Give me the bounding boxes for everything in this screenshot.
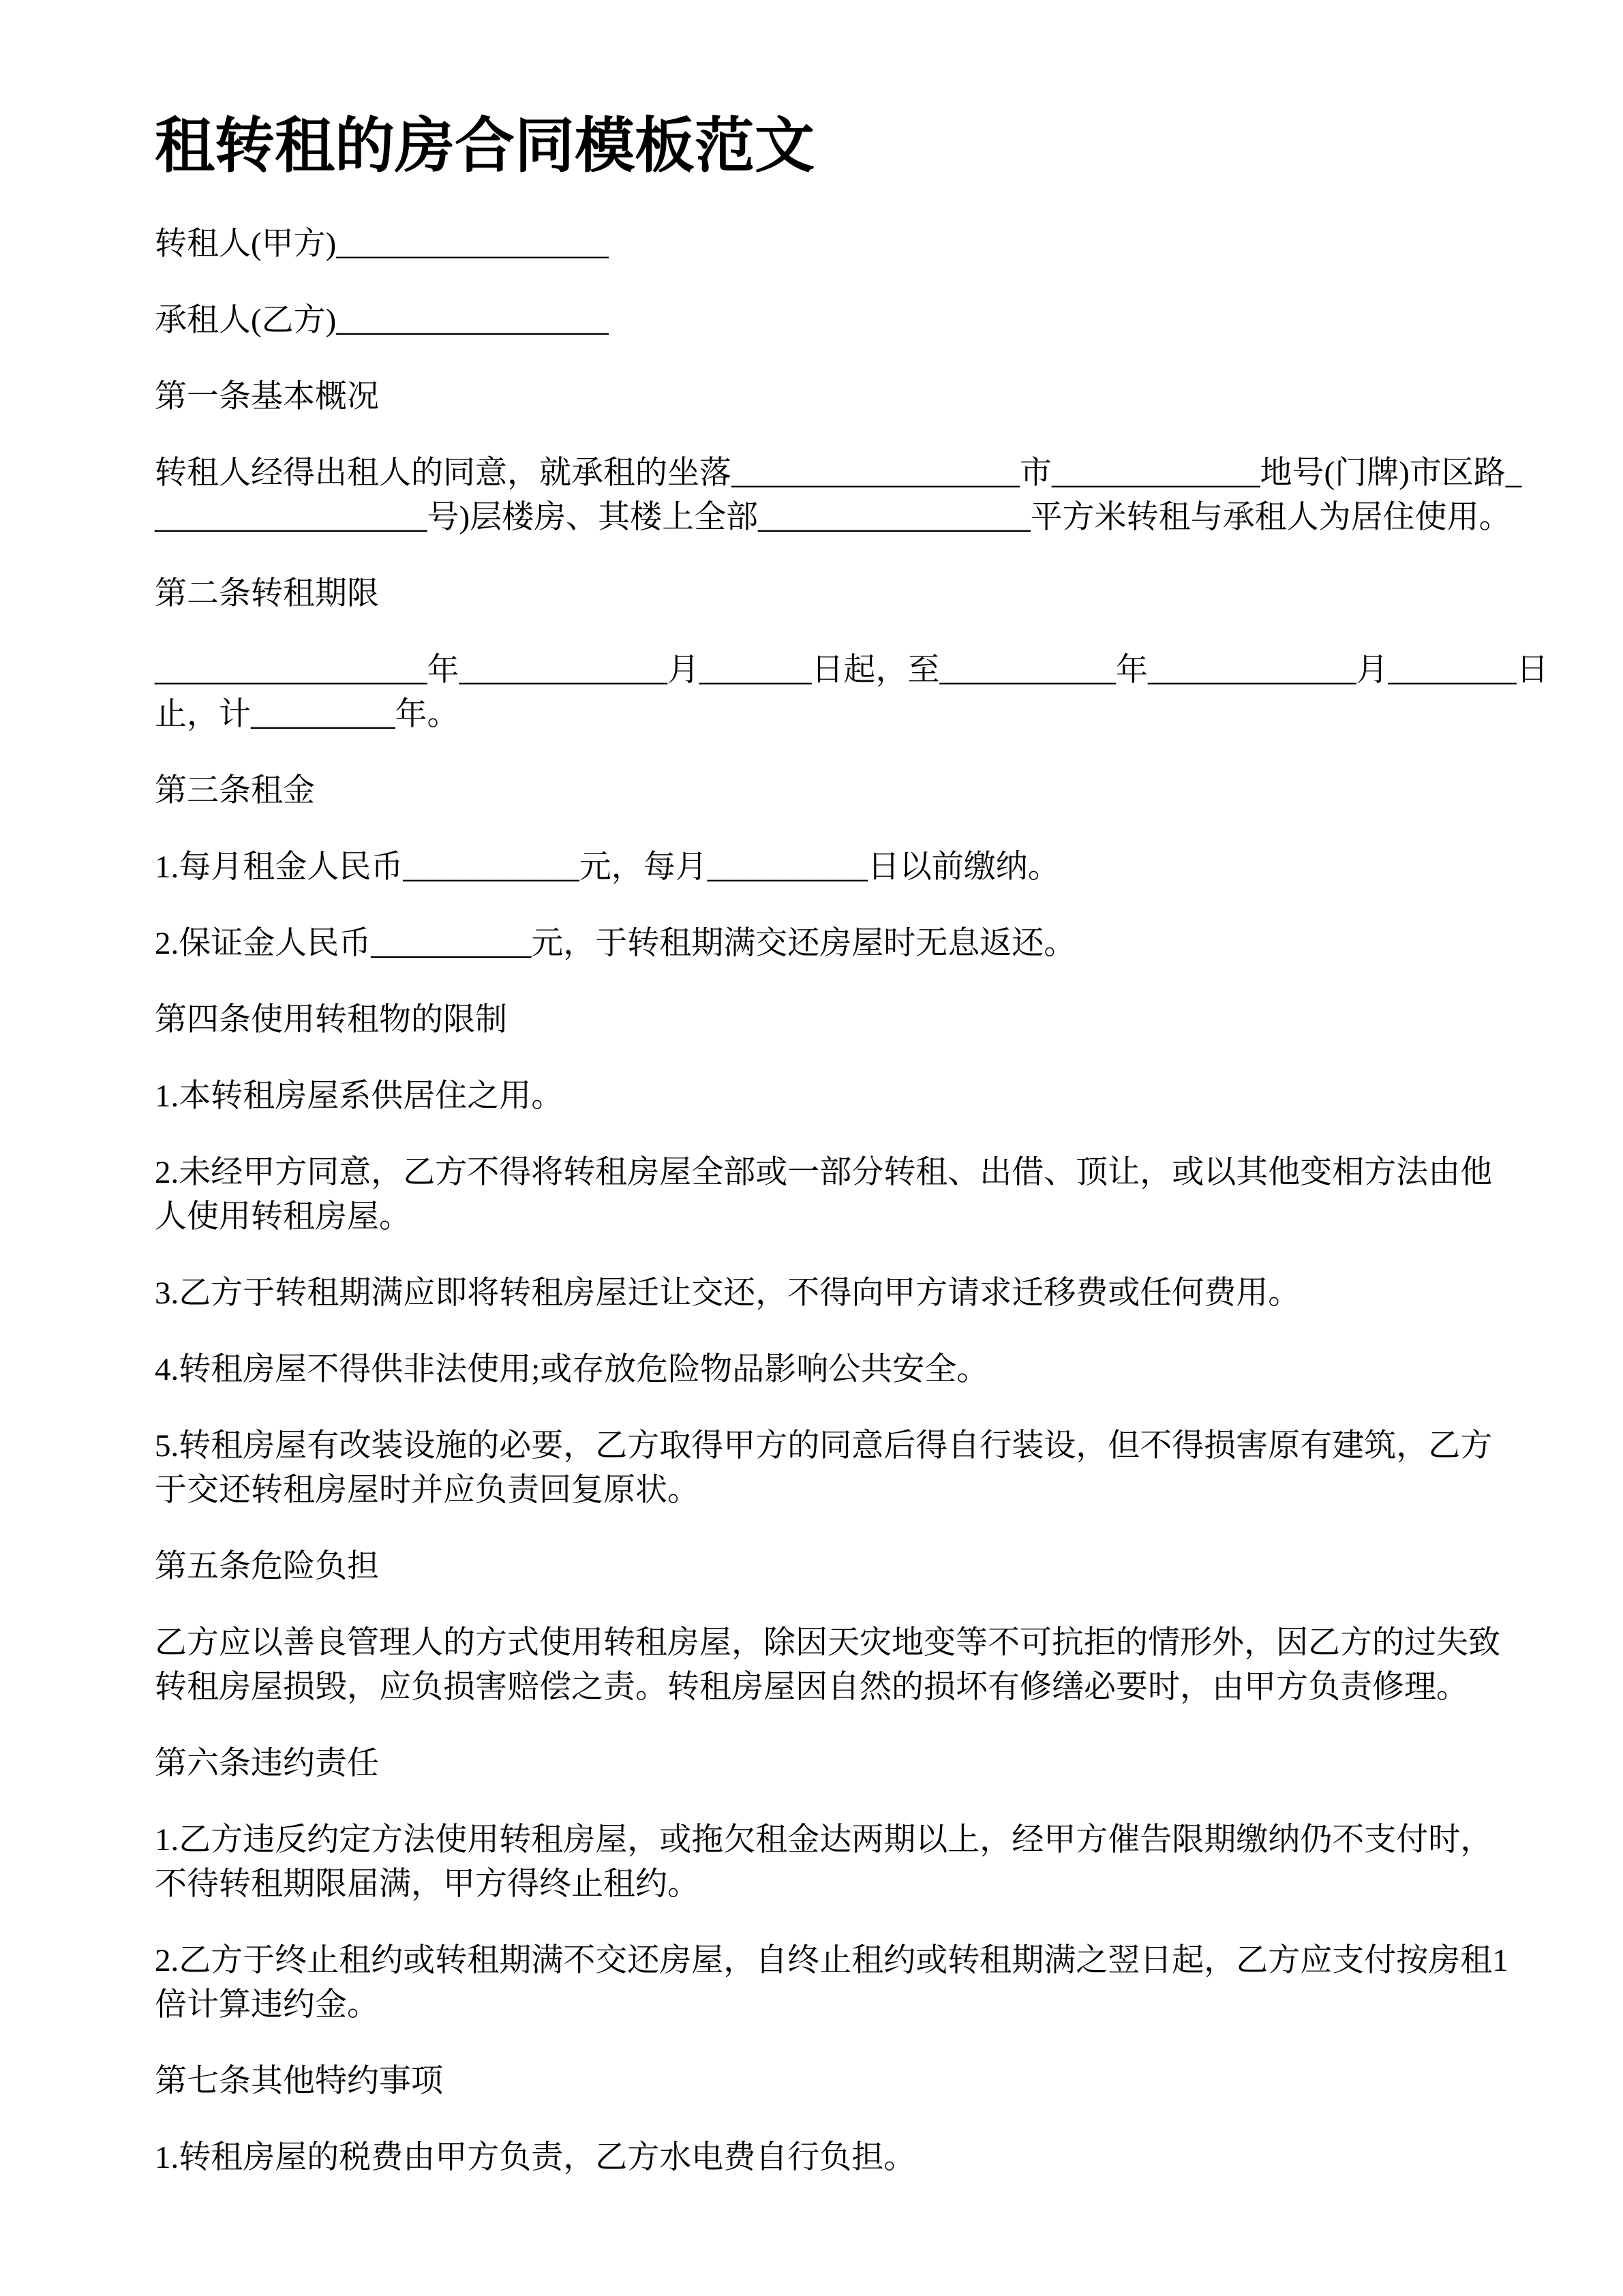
- article-1-heading: 第一条基本概况: [155, 375, 1559, 419]
- article-2-heading: 第二条转租期限: [155, 572, 1559, 616]
- article-3-item-2: 2.保证金人民币__________元，于转租期满交还房屋时无息返还。: [155, 922, 1559, 966]
- contract-title: 租转租的房合同模板范文: [155, 117, 1559, 177]
- article-3-item-1: 1.每月租金人民币___________元，每月__________日以前缴纳。: [155, 845, 1559, 890]
- party-a-line: 转租人(甲方)_________________: [155, 222, 1559, 267]
- article-6-item-2: 2.乙方于终止租约或转租期满不交还房屋，自终止租约或转租期满之翌日起，乙方应支付…: [155, 1939, 1559, 2027]
- article-5-body: 乙方应以善良管理人的方式使用转租房屋，除因天灾地变等不可抗拒的情形外，因乙方的过…: [155, 1621, 1559, 1710]
- article-4-item-4: 4.转租房屋不得供非法使用;或存放危险物品影响公共安全。: [155, 1348, 1559, 1392]
- article-4-item-2: 2.未经甲方同意，乙方不得将转租房屋全部或一部分转租、出借、顶让，或以其他变相方…: [155, 1151, 1559, 1239]
- article-2-term: _________________年_____________月_______日…: [155, 648, 1559, 737]
- article-4-item-3: 3.乙方于转租期满应即将转租房屋迁让交还，不得向甲方请求迁移费或任何费用。: [155, 1271, 1559, 1316]
- article-4-heading: 第四条使用转租物的限制: [155, 998, 1559, 1042]
- article-6-item-1: 1.乙方违反约定方法使用转租房屋，或拖欠租金达两期以上，经甲方催告限期缴纳仍不支…: [155, 1818, 1559, 1907]
- article-6-heading: 第六条违约责任: [155, 1742, 1559, 1786]
- contract-page: 租转租的房合同模板范文 转租人(甲方)_________________承租人(…: [0, 0, 1623, 2296]
- article-5-heading: 第五条危险负担: [155, 1545, 1559, 1589]
- article-3-heading: 第三条租金: [155, 769, 1559, 813]
- contract-body: 转租人(甲方)_________________承租人(乙方)_________…: [155, 222, 1559, 2180]
- party-b-line: 承租人(乙方)_________________: [155, 299, 1559, 343]
- article-4-item-1: 1.本转租房屋系供居住之用。: [155, 1074, 1559, 1119]
- article-1-body: 转租人经得出租人的同意，就承租的坐落__________________市___…: [155, 451, 1559, 540]
- article-7-heading: 第七条其他特约事项: [155, 2059, 1559, 2104]
- article-4-item-5: 5.转租房屋有改装设施的必要，乙方取得甲方的同意后得自行装设，但不得损害原有建筑…: [155, 1424, 1559, 1513]
- article-7-item-1: 1.转租房屋的税费由甲方负责，乙方水电费自行负担。: [155, 2136, 1559, 2180]
